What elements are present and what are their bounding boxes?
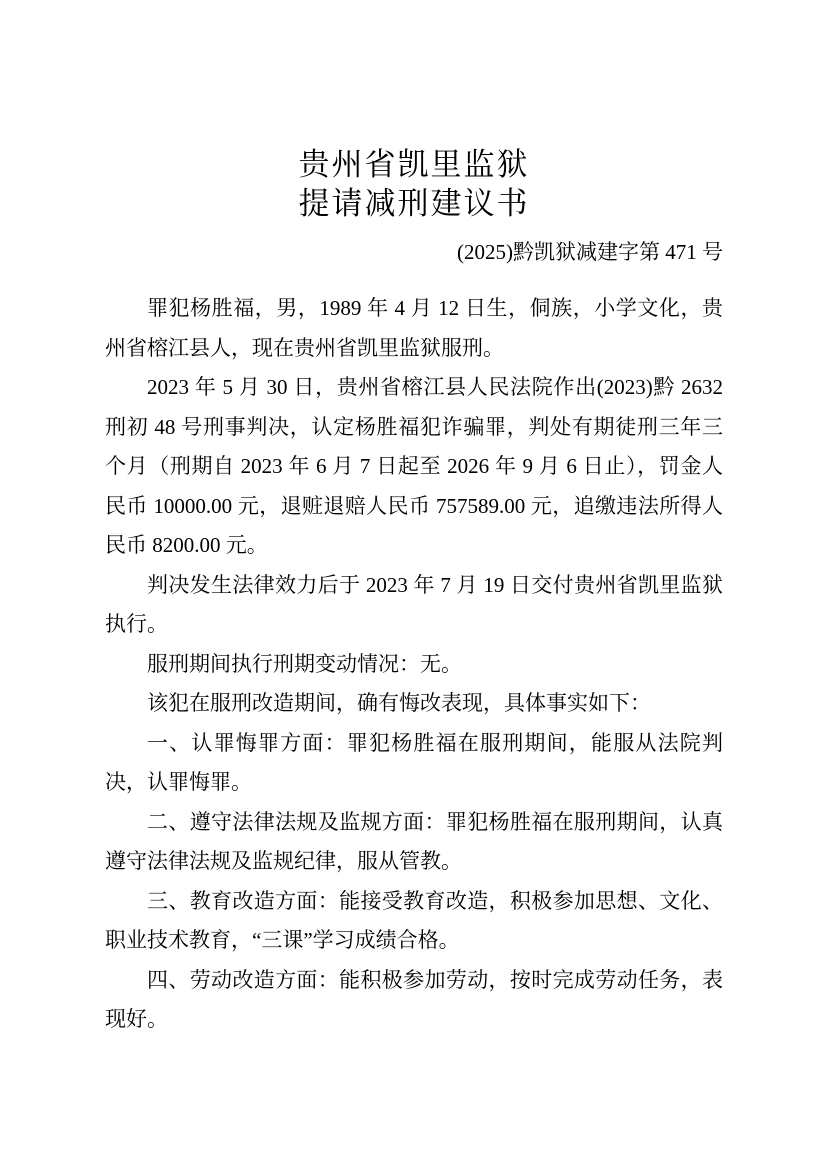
paragraph-delivery-execution: 判决发生法律效力后于 2023 年 7 月 19 日交付贵州省凯里监狱执行。 xyxy=(105,566,723,645)
paragraph-judgment-details: 2023 年 5 月 30 日，贵州省榕江县人民法院作出(2023)黔 2632… xyxy=(105,368,723,566)
paragraph-item-1-guilt-admission: 一、认罪悔罪方面：罪犯杨胜福在服刑期间，能服从法院判决，认罪悔罪。 xyxy=(105,724,723,803)
paragraph-offender-info: 罪犯杨胜福，男，1989 年 4 月 12 日生，侗族，小学文化，贵州省榕江县人… xyxy=(105,289,723,368)
paragraph-item-2-rule-compliance: 二、遵守法律法规及监规方面：罪犯杨胜福在服刑期间，认真遵守法律法规及监规纪律，服… xyxy=(105,803,723,882)
paragraph-item-4-labor-reform: 四、劳动改造方面：能积极参加劳动，按时完成劳动任务，表现好。 xyxy=(105,961,723,1040)
paragraph-repentance-intro: 该犯在服刑改造期间，确有悔改表现，具体事实如下： xyxy=(105,684,723,724)
document-body: 罪犯杨胜福，男，1989 年 4 月 12 日生，侗族，小学文化，贵州省榕江县人… xyxy=(105,289,723,1040)
paragraph-sentence-change-status: 服刑期间执行刑期变动情况：无。 xyxy=(105,645,723,685)
document-page: 贵州省凯里监狱 提请减刑建议书 (2025)黔凯狱减建字第 471 号 罪犯杨胜… xyxy=(0,0,827,1169)
document-content: 贵州省凯里监狱 提请减刑建议书 (2025)黔凯狱减建字第 471 号 罪犯杨胜… xyxy=(105,145,723,1040)
document-title: 贵州省凯里监狱 提请减刑建议书 xyxy=(105,145,723,223)
document-number: (2025)黔凯狱减建字第 471 号 xyxy=(105,241,723,263)
title-line-document-type: 提请减刑建议书 xyxy=(105,184,723,223)
paragraph-item-3-education-reform: 三、教育改造方面：能接受教育改造，积极参加思想、文化、职业技术教育，“三课”学习… xyxy=(105,882,723,961)
title-line-prison-name: 贵州省凯里监狱 xyxy=(105,145,723,184)
